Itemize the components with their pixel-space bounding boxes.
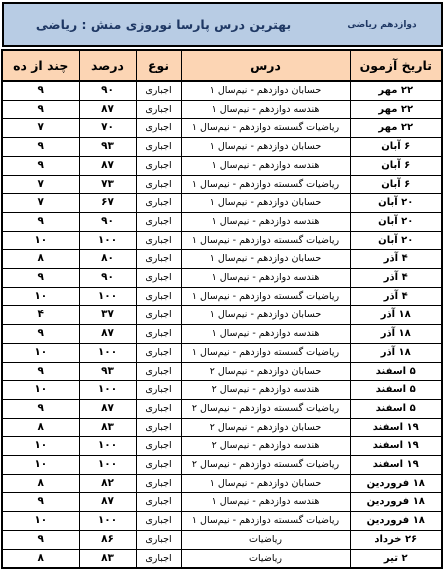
- table-row: ۶ آبانهندسه دوازدهم - نیم‌سال ۱اجباری۸۷۹: [2, 156, 442, 175]
- course-cell: حسابان دوازدهم - نیم‌سال ۲: [181, 418, 350, 437]
- course-cell: ریاضیات گسسته دوازدهم - نیم‌سال ۱: [181, 175, 350, 194]
- exam-type-cell: اجباری: [136, 231, 181, 250]
- exam-date-cell: ۱۸ آذر: [350, 325, 442, 344]
- exam-date-cell: ۱۸ فروردین: [350, 474, 442, 493]
- out-of-ten-cell: ۸: [2, 250, 79, 269]
- grade-label: دوازدهم ریاضی: [323, 20, 441, 30]
- course-cell: ریاضیات گسسته دوازدهم - نیم‌سال ۱: [181, 231, 350, 250]
- percent-cell: ۸۷: [79, 156, 136, 175]
- out-of-ten-cell: ۹: [2, 269, 79, 288]
- percent-cell: ۹۰: [79, 212, 136, 231]
- percent-cell: ۱۰۰: [79, 287, 136, 306]
- title-bar: دوازدهم ریاضی بهترین درس پارسا نوروزی من…: [2, 2, 443, 47]
- table-row: ۴ آذرریاضیات گسسته دوازدهم - نیم‌سال ۱اج…: [2, 287, 442, 306]
- course-cell: حسابان دوازدهم - نیم‌سال ۱: [181, 138, 350, 157]
- exam-type-cell: اجباری: [136, 194, 181, 213]
- exam-type-cell: اجباری: [136, 250, 181, 269]
- percent-cell: ۸۳: [79, 418, 136, 437]
- exam-date-cell: ۲۰ آبان: [350, 212, 442, 231]
- out-of-ten-cell: ۷: [2, 194, 79, 213]
- exam-date-cell: ۶ آبان: [350, 175, 442, 194]
- percent-cell: ۱۰۰: [79, 231, 136, 250]
- exam-date-cell: ۵ اسفند: [350, 399, 442, 418]
- exam-type-cell: اجباری: [136, 287, 181, 306]
- percent-cell: ۸۷: [79, 493, 136, 512]
- percent-cell: ۸۶: [79, 530, 136, 549]
- out-of-ten-cell: ۹: [2, 100, 79, 119]
- exam-results-table: تاریخ آزمون درس نوع درصد چند از ده ۲۲ مه…: [1, 49, 443, 569]
- out-of-ten-cell: ۷: [2, 119, 79, 138]
- out-of-ten-cell: ۹: [2, 212, 79, 231]
- table-row: ۲۶ خردادریاضیاتاجباری۸۶۹: [2, 530, 442, 549]
- exam-date-cell: ۴ آذر: [350, 287, 442, 306]
- header-course: درس: [181, 50, 350, 81]
- exam-date-cell: ۱۸ آذر: [350, 306, 442, 325]
- out-of-ten-cell: ۴: [2, 306, 79, 325]
- out-of-ten-cell: ۹: [2, 362, 79, 381]
- table-row: ۱۸ آذرحسابان دوازدهم - نیم‌سال ۱اجباری۳۷…: [2, 306, 442, 325]
- table-row: ۵ اسفندهندسه دوازدهم - نیم‌سال ۲اجباری۱۰…: [2, 381, 442, 400]
- course-cell: ریاضیات گسسته دوازدهم - نیم‌سال ۱: [181, 119, 350, 138]
- exam-date-cell: ۱۸ فروردین: [350, 512, 442, 531]
- course-cell: ریاضیات: [181, 530, 350, 549]
- exam-type-cell: اجباری: [136, 437, 181, 456]
- header-exam-date: تاریخ آزمون: [350, 50, 442, 81]
- header-percent: درصد: [79, 50, 136, 81]
- out-of-ten-cell: ۹: [2, 156, 79, 175]
- exam-type-cell: اجباری: [136, 100, 181, 119]
- course-cell: حسابان دوازدهم - نیم‌سال ۱: [181, 194, 350, 213]
- exam-date-cell: ۶ آبان: [350, 156, 442, 175]
- out-of-ten-cell: ۱۰: [2, 437, 79, 456]
- course-cell: ریاضیات گسسته دوازدهم - نیم‌سال ۲: [181, 456, 350, 475]
- table-row: ۲۰ آبانریاضیات گسسته دوازدهم - نیم‌سال ۱…: [2, 231, 442, 250]
- exam-date-cell: ۴ آذر: [350, 269, 442, 288]
- exam-type-cell: اجباری: [136, 119, 181, 138]
- table-row: ۱۸ آذرریاضیات گسسته دوازدهم - نیم‌سال ۱ا…: [2, 343, 442, 362]
- percent-cell: ۱۰۰: [79, 456, 136, 475]
- exam-date-cell: ۲۰ آبان: [350, 194, 442, 213]
- table-row: ۴ آذرهندسه دوازدهم - نیم‌سال ۱اجباری۹۰۹: [2, 269, 442, 288]
- percent-cell: ۱۰۰: [79, 381, 136, 400]
- out-of-ten-cell: ۱۰: [2, 381, 79, 400]
- table-row: ۱۸ آذرهندسه دوازدهم - نیم‌سال ۱اجباری۸۷۹: [2, 325, 442, 344]
- exam-type-cell: اجباری: [136, 474, 181, 493]
- percent-cell: ۹۰: [79, 81, 136, 100]
- course-cell: حسابان دوازدهم - نیم‌سال ۱: [181, 81, 350, 100]
- percent-cell: ۸۳: [79, 549, 136, 568]
- course-cell: هندسه دوازدهم - نیم‌سال ۲: [181, 437, 350, 456]
- out-of-ten-cell: ۷: [2, 175, 79, 194]
- out-of-ten-cell: ۱۰: [2, 287, 79, 306]
- exam-date-cell: ۲۶ خرداد: [350, 530, 442, 549]
- course-cell: هندسه دوازدهم - نیم‌سال ۱: [181, 156, 350, 175]
- exam-type-cell: اجباری: [136, 175, 181, 194]
- exam-date-cell: ۲۲ مهر: [350, 81, 442, 100]
- exam-date-cell: ۵ اسفند: [350, 381, 442, 400]
- course-cell: هندسه دوازدهم - نیم‌سال ۱: [181, 493, 350, 512]
- percent-cell: ۱۰۰: [79, 512, 136, 531]
- course-cell: ریاضیات گسسته دوازدهم - نیم‌سال ۲: [181, 399, 350, 418]
- out-of-ten-cell: ۸: [2, 549, 79, 568]
- exam-date-cell: ۶ آبان: [350, 138, 442, 157]
- course-cell: هندسه دوازدهم - نیم‌سال ۱: [181, 100, 350, 119]
- out-of-ten-cell: ۹: [2, 138, 79, 157]
- exam-type-cell: اجباری: [136, 512, 181, 531]
- table-header-row: تاریخ آزمون درس نوع درصد چند از ده: [2, 50, 442, 81]
- percent-cell: ۹۳: [79, 362, 136, 381]
- exam-date-cell: ۱۹ اسفند: [350, 456, 442, 475]
- table-row: ۲۲ مهرهندسه دوازدهم - نیم‌سال ۱اجباری۸۷۹: [2, 100, 442, 119]
- exam-type-cell: اجباری: [136, 381, 181, 400]
- course-cell: حسابان دوازدهم - نیم‌سال ۱: [181, 306, 350, 325]
- exam-date-cell: ۲ تیر: [350, 549, 442, 568]
- table-row: ۵ اسفندریاضیات گسسته دوازدهم - نیم‌سال ۲…: [2, 399, 442, 418]
- exam-type-cell: اجباری: [136, 456, 181, 475]
- percent-cell: ۸۰: [79, 250, 136, 269]
- exam-type-cell: اجباری: [136, 362, 181, 381]
- exam-date-cell: ۱۸ آذر: [350, 343, 442, 362]
- percent-cell: ۷۰: [79, 119, 136, 138]
- course-cell: هندسه دوازدهم - نیم‌سال ۱: [181, 325, 350, 344]
- percent-cell: ۹۳: [79, 138, 136, 157]
- exam-type-cell: اجباری: [136, 399, 181, 418]
- table-row: ۱۸ فروردینریاضیات گسسته دوازدهم - نیم‌سا…: [2, 512, 442, 531]
- percent-cell: ۳۷: [79, 306, 136, 325]
- course-cell: هندسه دوازدهم - نیم‌سال ۲: [181, 381, 350, 400]
- out-of-ten-cell: ۱۰: [2, 231, 79, 250]
- table-row: ۱۸ فروردینهندسه دوازدهم - نیم‌سال ۱اجبار…: [2, 493, 442, 512]
- exam-type-cell: اجباری: [136, 530, 181, 549]
- out-of-ten-cell: ۸: [2, 474, 79, 493]
- table-row: ۲۰ آبانحسابان دوازدهم - نیم‌سال ۱اجباری۶…: [2, 194, 442, 213]
- percent-cell: ۸۷: [79, 100, 136, 119]
- percent-cell: ۷۳: [79, 175, 136, 194]
- table-row: ۱۹ اسفندحسابان دوازدهم - نیم‌سال ۲اجباری…: [2, 418, 442, 437]
- table-row: ۲۲ مهرحسابان دوازدهم - نیم‌سال ۱اجباری۹۰…: [2, 81, 442, 100]
- exam-date-cell: ۲۲ مهر: [350, 100, 442, 119]
- table-body: ۲۲ مهرحسابان دوازدهم - نیم‌سال ۱اجباری۹۰…: [2, 81, 442, 568]
- course-cell: حسابان دوازدهم - نیم‌سال ۱: [181, 250, 350, 269]
- out-of-ten-cell: ۱۰: [2, 456, 79, 475]
- percent-cell: ۶۷: [79, 194, 136, 213]
- course-cell: ریاضیات گسسته دوازدهم - نیم‌سال ۱: [181, 287, 350, 306]
- exam-type-cell: اجباری: [136, 325, 181, 344]
- table-row: ۵ اسفندحسابان دوازدهم - نیم‌سال ۲اجباری۹…: [2, 362, 442, 381]
- percent-cell: ۱۰۰: [79, 343, 136, 362]
- exam-date-cell: ۲۲ مهر: [350, 119, 442, 138]
- exam-type-cell: اجباری: [136, 212, 181, 231]
- exam-type-cell: اجباری: [136, 156, 181, 175]
- exam-type-cell: اجباری: [136, 306, 181, 325]
- course-cell: هندسه دوازدهم - نیم‌سال ۱: [181, 212, 350, 231]
- out-of-ten-cell: ۱۰: [2, 343, 79, 362]
- out-of-ten-cell: ۸: [2, 418, 79, 437]
- percent-cell: ۸۷: [79, 399, 136, 418]
- table-row: ۲۲ مهرریاضیات گسسته دوازدهم - نیم‌سال ۱ا…: [2, 119, 442, 138]
- course-cell: حسابان دوازدهم - نیم‌سال ۱: [181, 474, 350, 493]
- course-cell: ریاضیات گسسته دوازدهم - نیم‌سال ۱: [181, 512, 350, 531]
- exam-type-cell: اجباری: [136, 138, 181, 157]
- percent-cell: ۹۰: [79, 269, 136, 288]
- exam-date-cell: ۱۹ اسفند: [350, 437, 442, 456]
- out-of-ten-cell: ۹: [2, 81, 79, 100]
- table-row: ۲ تیرریاضیاتاجباری۸۳۸: [2, 549, 442, 568]
- report-title: بهترین درس پارسا نوروزی منش : ریاضی: [4, 17, 323, 32]
- percent-cell: ۸۲: [79, 474, 136, 493]
- exam-type-cell: اجباری: [136, 343, 181, 362]
- exam-type-cell: اجباری: [136, 549, 181, 568]
- header-out-of-ten: چند از ده: [2, 50, 79, 81]
- table-row: ۲۰ آبانهندسه دوازدهم - نیم‌سال ۱اجباری۹۰…: [2, 212, 442, 231]
- table-row: ۱۹ اسفندهندسه دوازدهم - نیم‌سال ۲اجباری۱…: [2, 437, 442, 456]
- out-of-ten-cell: ۹: [2, 493, 79, 512]
- percent-cell: ۱۰۰: [79, 437, 136, 456]
- out-of-ten-cell: ۹: [2, 399, 79, 418]
- course-cell: ریاضیات: [181, 549, 350, 568]
- exam-date-cell: ۵ اسفند: [350, 362, 442, 381]
- exam-type-cell: اجباری: [136, 493, 181, 512]
- header-exam-type: نوع: [136, 50, 181, 81]
- table-row: ۶ آبانریاضیات گسسته دوازدهم - نیم‌سال ۱ا…: [2, 175, 442, 194]
- exam-type-cell: اجباری: [136, 81, 181, 100]
- report-page: دوازدهم ریاضی بهترین درس پارسا نوروزی من…: [0, 0, 445, 571]
- out-of-ten-cell: ۹: [2, 325, 79, 344]
- out-of-ten-cell: ۱۰: [2, 512, 79, 531]
- course-cell: ریاضیات گسسته دوازدهم - نیم‌سال ۱: [181, 343, 350, 362]
- course-cell: هندسه دوازدهم - نیم‌سال ۱: [181, 269, 350, 288]
- exam-type-cell: اجباری: [136, 418, 181, 437]
- out-of-ten-cell: ۹: [2, 530, 79, 549]
- table-row: ۶ آبانحسابان دوازدهم - نیم‌سال ۱اجباری۹۳…: [2, 138, 442, 157]
- exam-date-cell: ۴ آذر: [350, 250, 442, 269]
- exam-date-cell: ۱۸ فروردین: [350, 493, 442, 512]
- table-row: ۱۸ فروردینحسابان دوازدهم - نیم‌سال ۱اجبا…: [2, 474, 442, 493]
- exam-date-cell: ۲۰ آبان: [350, 231, 442, 250]
- table-row: ۱۹ اسفندریاضیات گسسته دوازدهم - نیم‌سال …: [2, 456, 442, 475]
- percent-cell: ۸۷: [79, 325, 136, 344]
- exam-date-cell: ۱۹ اسفند: [350, 418, 442, 437]
- exam-type-cell: اجباری: [136, 269, 181, 288]
- table-row: ۴ آذرحسابان دوازدهم - نیم‌سال ۱اجباری۸۰۸: [2, 250, 442, 269]
- course-cell: حسابان دوازدهم - نیم‌سال ۲: [181, 362, 350, 381]
